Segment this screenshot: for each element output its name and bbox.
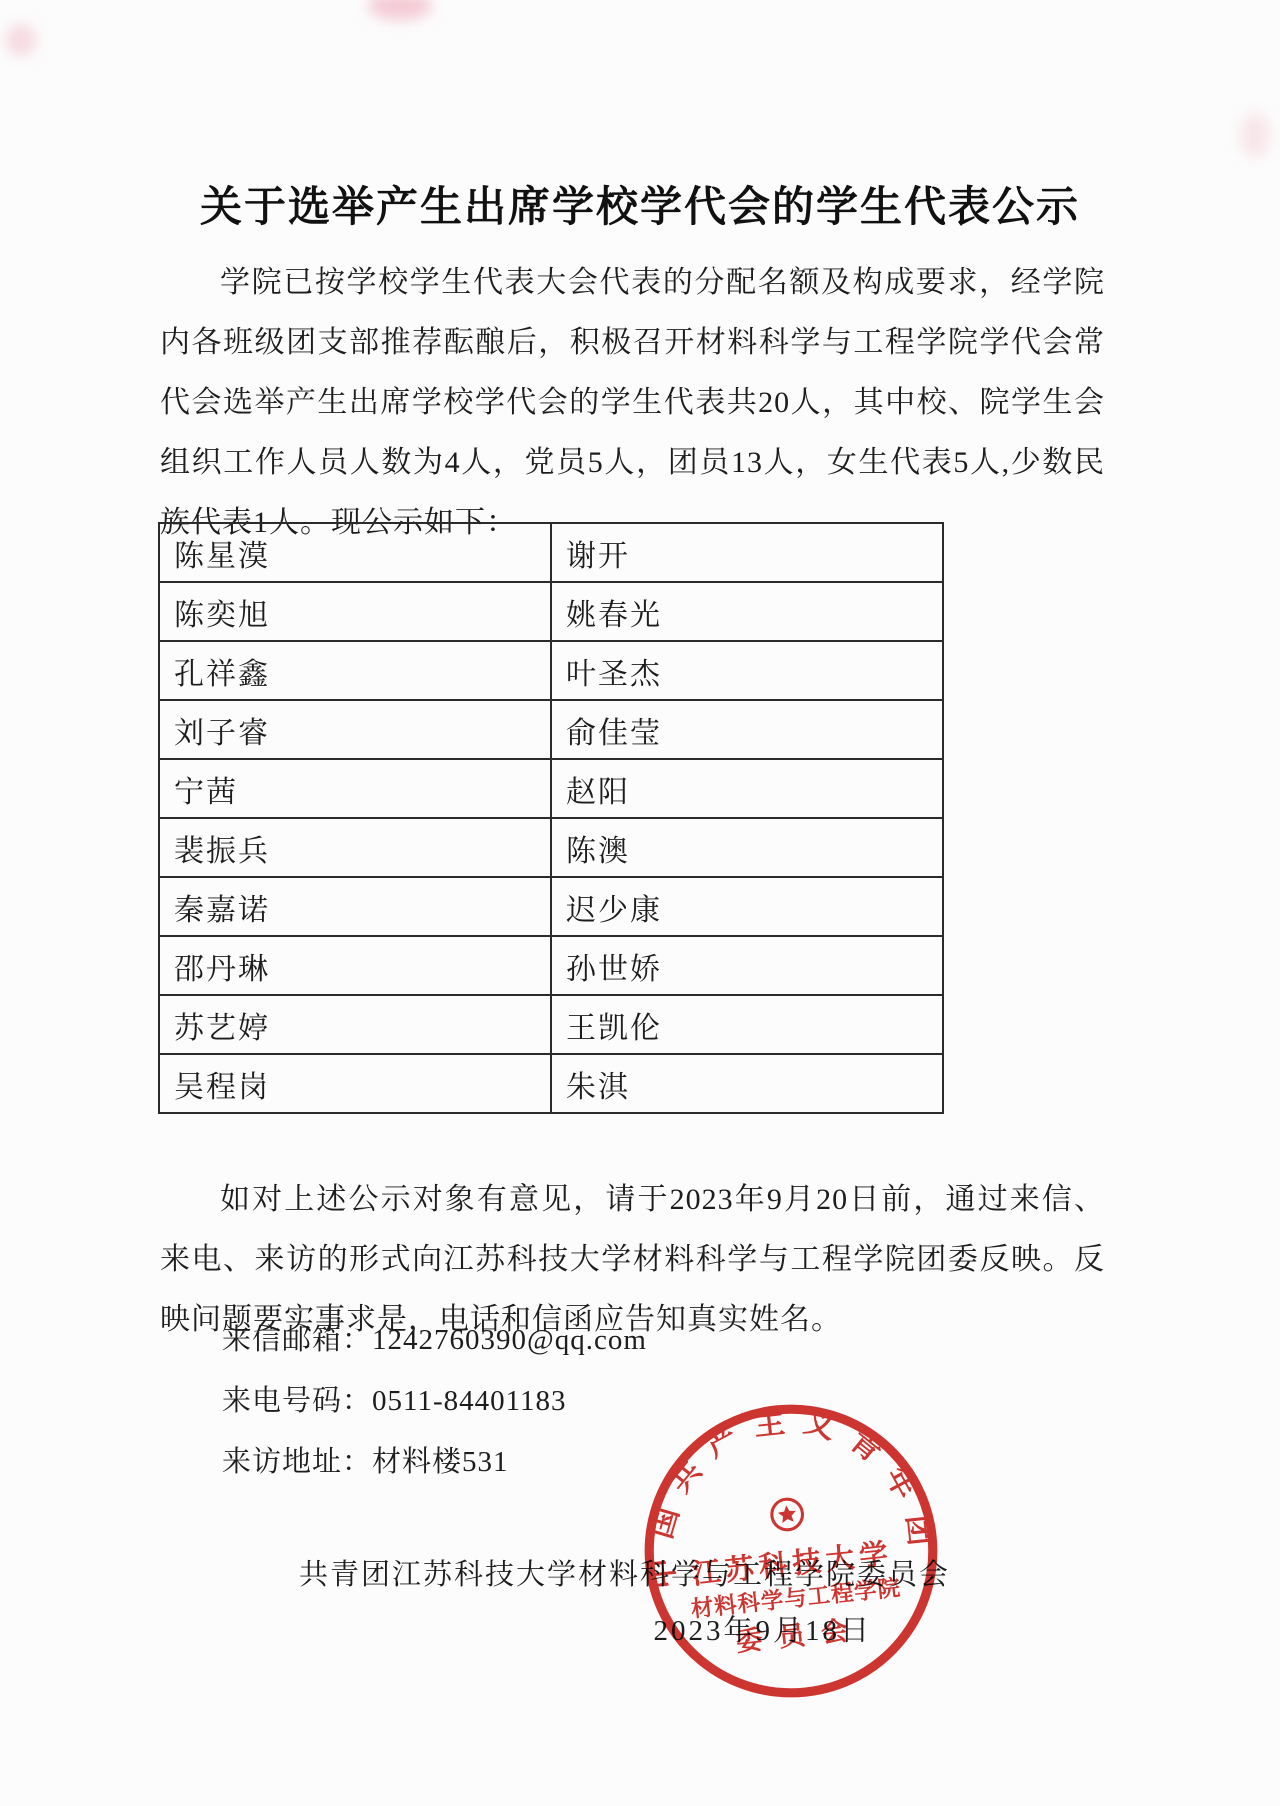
scan-artifact-smudge [368,0,432,20]
representative-name-cell: 叶圣杰 [551,641,943,700]
contact-block: 来信邮箱：1242760390@qq.com 来电号码：0511-8440118… [222,1310,647,1493]
representative-name-cell: 姚春光 [551,582,943,641]
representative-name-cell: 朱淇 [551,1054,943,1113]
scan-artifact-smudge [6,24,36,56]
table-row: 裴振兵陈澳 [159,818,943,877]
table-row: 刘子睿俞佳莹 [159,700,943,759]
representative-name-cell: 刘子睿 [159,700,551,759]
contact-phone-value: 0511-84401183 [372,1385,567,1417]
representative-name-cell: 苏艺婷 [159,995,551,1054]
representative-name-cell: 赵阳 [551,759,943,818]
representative-name-cell: 迟少康 [551,877,943,936]
representatives-table: 陈星漠谢开陈奕旭姚春光孔祥鑫叶圣杰刘子睿俞佳莹宁茜赵阳裴振兵陈澳秦嘉诺迟少康邵丹… [158,522,944,1114]
contact-phone-line: 来电号码：0511-84401183 [222,1371,647,1432]
table-row: 吴程岗朱淇 [159,1054,943,1113]
table-row: 邵丹琳孙世娇 [159,936,943,995]
table-row: 宁茜赵阳 [159,759,943,818]
contact-email-line: 来信邮箱：1242760390@qq.com [222,1310,647,1371]
representatives-table-body: 陈星漠谢开陈奕旭姚春光孔祥鑫叶圣杰刘子睿俞佳莹宁茜赵阳裴振兵陈澳秦嘉诺迟少康邵丹… [159,523,943,1113]
representative-name-cell: 孙世娇 [551,936,943,995]
representative-name-cell: 俞佳莹 [551,700,943,759]
representative-name-cell: 孔祥鑫 [159,641,551,700]
representative-name-cell: 邵丹琳 [159,936,551,995]
representative-name-cell: 吴程岗 [159,1054,551,1113]
representative-name-cell: 陈奕旭 [159,582,551,641]
scanned-notice-page: { "title": "关于选举产生出席学校学代会的学生代表公示", "para… [0,0,1280,1806]
scan-artifact-smudge [1240,112,1270,158]
table-row: 陈奕旭姚春光 [159,582,943,641]
page-title: 关于选举产生出席学校学代会的学生代表公示 [0,174,1280,234]
representative-name-cell: 裴振兵 [159,818,551,877]
contact-phone-label: 来电号码： [222,1385,372,1417]
representative-name-cell: 王凯伦 [551,995,943,1054]
table-row: 苏艺婷王凯伦 [159,995,943,1054]
contact-address-line: 来访地址：材料楼531 [222,1432,647,1493]
representative-name-cell: 宁茜 [159,759,551,818]
contact-address-label: 来访地址： [222,1446,372,1478]
contact-email-label: 来信邮箱： [222,1324,372,1356]
table-row: 孔祥鑫叶圣杰 [159,641,943,700]
table-row: 陈星漠谢开 [159,523,943,582]
seal-committee-line: 委员会 [734,1614,865,1657]
representative-name-cell: 陈澳 [551,818,943,877]
representative-name-cell: 谢开 [551,523,943,582]
table-row: 秦嘉诺迟少康 [159,877,943,936]
representative-name-cell: 秦嘉诺 [159,877,551,936]
representative-name-cell: 陈星漠 [159,523,551,582]
contact-address-value: 材料楼531 [372,1446,509,1478]
cyl-emblem-icon [770,1498,804,1532]
contact-email-value: 1242760390@qq.com [372,1324,647,1356]
official-seal-stamp: 中国共产主义青年团 江苏科技大学 材料科学与工程学院 委员会 [623,1383,959,1719]
intro-paragraph: 学院已按学校学生代表大会代表的分配名额及构成要求，经学院内各班级团支部推荐酝酿后… [160,253,1105,553]
